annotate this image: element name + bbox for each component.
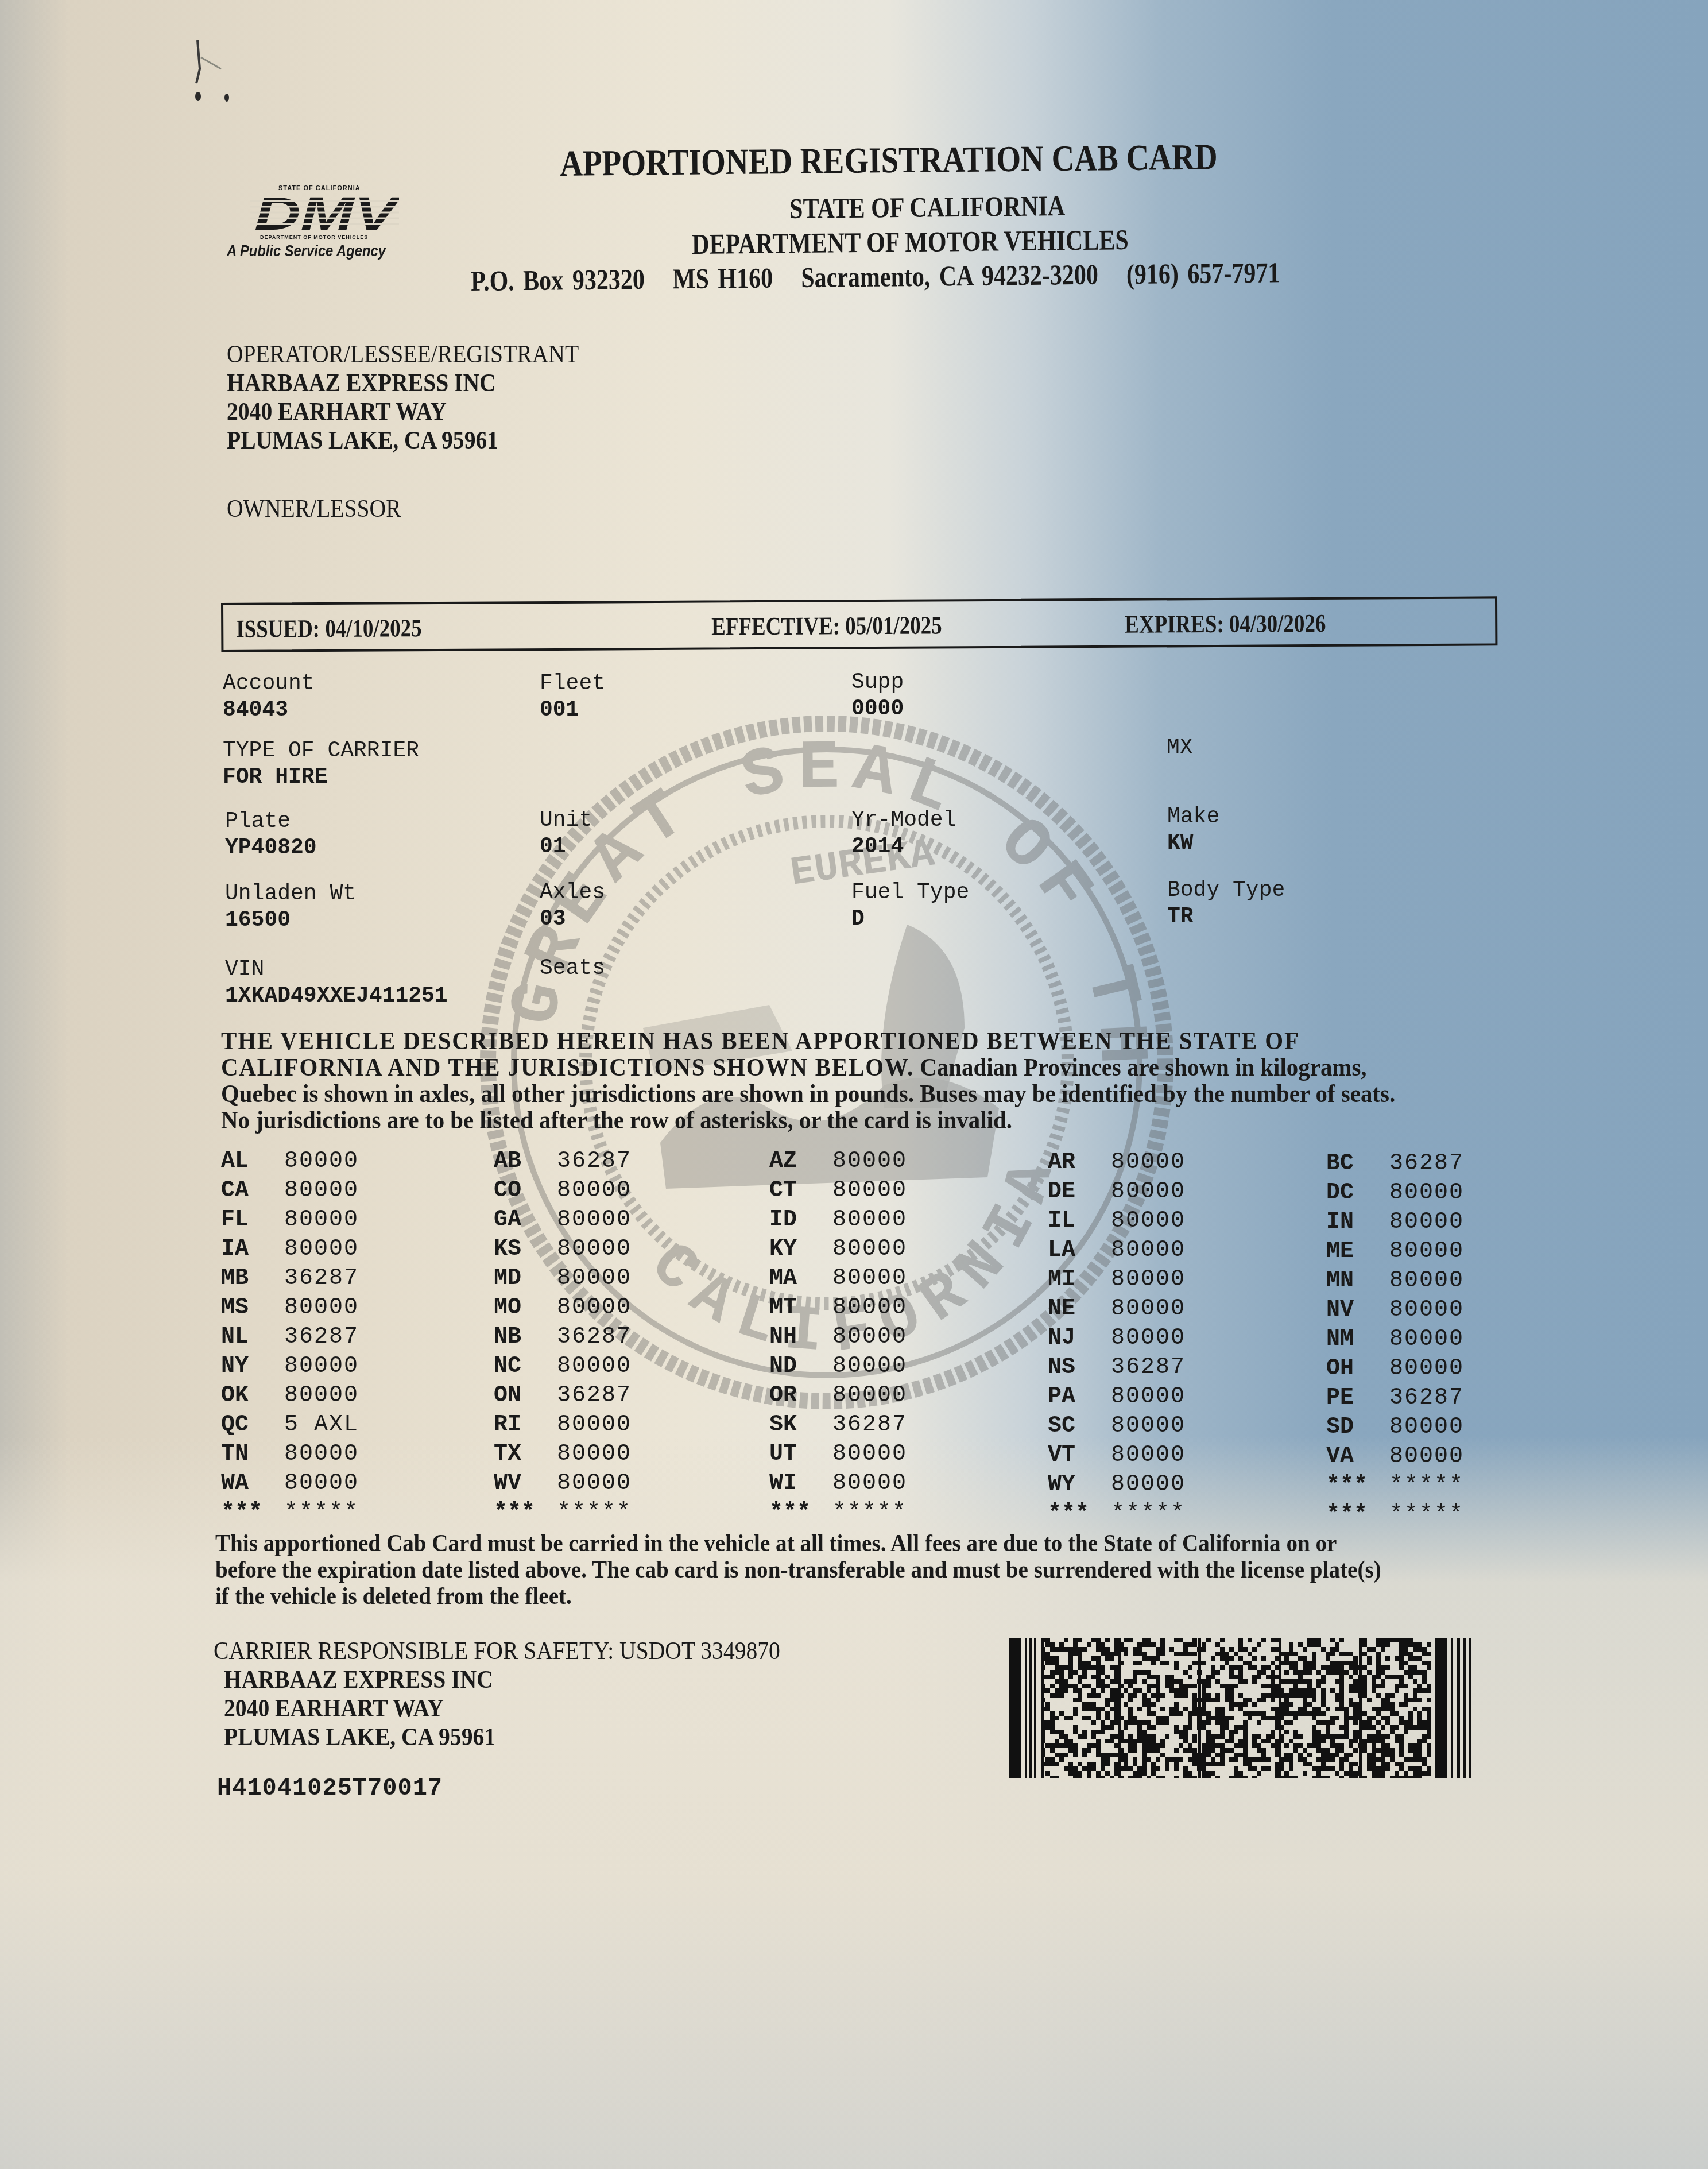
owner-lessor-label: OWNER/LESSOR — [227, 494, 401, 523]
state-name: STATE OF CALIFORNIA — [789, 189, 1065, 225]
jurisdiction-weight: ***** — [1111, 1501, 1186, 1527]
field-unit: Unit01 — [540, 807, 592, 860]
jurisdiction-code: WI — [769, 1471, 832, 1497]
registrant-block: OPERATOR/LESSEE/REGISTRANT HARBAAZ EXPRE… — [227, 340, 579, 455]
jurisdiction-row: ******** — [769, 1500, 1010, 1529]
field-make: MakeKW — [1167, 804, 1219, 857]
expires-date: EXPIRES: 04/30/2026 — [1125, 609, 1326, 639]
jurisdiction-weight: 80000 — [284, 1441, 359, 1467]
department-name: DEPARTMENT OF MOTOR VEHICLES — [692, 223, 1129, 261]
jurisdiction-weight: 80000 — [284, 1383, 359, 1409]
field-unladen-weight: Unladen Wt16500 — [225, 881, 356, 934]
jurisdiction-weight: 80000 — [832, 1236, 907, 1262]
jurisdiction-weight: 80000 — [1389, 1239, 1464, 1265]
jurisdiction-row: MS80000 — [221, 1295, 462, 1324]
jurisdiction-code: MA — [769, 1266, 832, 1292]
carrier-block: CARRIER RESPONSIBLE FOR SAFETY: USDOT 33… — [214, 1637, 780, 1752]
jurisdiction-weight: 80000 — [284, 1354, 359, 1379]
jurisdiction-weight: 80000 — [1111, 1472, 1186, 1498]
jurisdiction-weight: 80000 — [832, 1149, 907, 1174]
jurisdiction-weight: 80000 — [1111, 1325, 1186, 1351]
jurisdiction-row: OK80000 — [221, 1383, 462, 1412]
jurisdiction-code: PA — [1048, 1384, 1111, 1410]
jurisdiction-weight: 36287 — [832, 1412, 907, 1438]
jurisdiction-weight: 80000 — [284, 1207, 359, 1233]
field-seats: Seats — [540, 956, 605, 982]
jurisdiction-row: NC80000 — [494, 1354, 735, 1383]
jurisdiction-row: DE80000 — [1048, 1179, 1289, 1208]
pdf417-barcode — [1009, 1638, 1482, 1778]
field-fleet: Fleet001 — [540, 671, 605, 724]
jurisdiction-code: BC — [1326, 1151, 1389, 1177]
jurisdiction-row: LA80000 — [1048, 1238, 1289, 1267]
field-mx: MX — [1167, 735, 1193, 761]
jurisdiction-weight: 80000 — [1389, 1180, 1464, 1206]
jurisdiction-row: AR80000 — [1048, 1150, 1289, 1179]
jurisdiction-row: RI80000 — [494, 1412, 735, 1441]
jurisdiction-row: NV80000 — [1326, 1297, 1567, 1327]
jurisdiction-code: UT — [769, 1441, 832, 1467]
jurisdiction-weight: 80000 — [557, 1207, 632, 1233]
registrant-street: 2040 EARHART WAY — [227, 397, 579, 426]
jurisdiction-weight: 80000 — [832, 1178, 907, 1204]
field-supp: Supp0000 — [851, 670, 904, 722]
jurisdiction-column: AR80000DE80000IL80000LA80000MI80000NE800… — [1048, 1150, 1289, 1530]
jurisdiction-code: ID — [769, 1207, 832, 1233]
logo-state-text: STATE OF CALIFORNIA — [278, 185, 361, 192]
jurisdiction-row: ******** — [1326, 1473, 1567, 1502]
jurisdiction-column: AB36287CO80000GA80000KS80000MD80000MO800… — [494, 1149, 735, 1529]
dmv-phone: (916) 657-7971 — [1126, 256, 1280, 290]
jurisdiction-row: VT80000 — [1048, 1443, 1289, 1472]
jurisdiction-weight: 80000 — [1111, 1208, 1186, 1234]
jurisdiction-row: ******** — [1048, 1501, 1289, 1530]
jurisdiction-code: KS — [494, 1236, 557, 1262]
jurisdiction-row: WV80000 — [494, 1471, 735, 1500]
jurisdiction-code: WY — [1048, 1472, 1111, 1498]
dmv-address-line: P.O. Box 932320 MS H160 Sacramento, CA 9… — [471, 256, 1299, 297]
cab-card-notice: This apportioned Cab Card must be carrie… — [215, 1530, 1385, 1610]
jurisdiction-row: MD80000 — [494, 1266, 735, 1295]
jurisdiction-weight: 80000 — [832, 1471, 907, 1497]
jurisdiction-row: MA80000 — [769, 1266, 1010, 1295]
jurisdiction-code: FL — [221, 1207, 284, 1233]
jurisdiction-weight: 36287 — [557, 1324, 632, 1350]
jurisdiction-weight: 80000 — [832, 1295, 907, 1321]
jurisdiction-weight: ***** — [1389, 1473, 1464, 1499]
jurisdiction-code: NJ — [1048, 1325, 1111, 1351]
effective-date: EFFECTIVE: 05/01/2025 — [711, 610, 942, 641]
jurisdiction-weight: 80000 — [557, 1441, 632, 1467]
jurisdiction-code: NY — [221, 1354, 284, 1379]
jurisdiction-code: MT — [769, 1295, 832, 1321]
date-box: ISSUED: 04/10/2025 EFFECTIVE: 05/01/2025… — [221, 596, 1497, 652]
jurisdiction-row: ME80000 — [1326, 1239, 1567, 1268]
jurisdiction-code: NL — [221, 1324, 284, 1350]
jurisdiction-row: BC36287 — [1326, 1151, 1567, 1180]
jurisdiction-row: SC80000 — [1048, 1413, 1289, 1443]
jurisdiction-weight: 36287 — [557, 1149, 632, 1174]
field-yr-model: Yr-Model2014 — [851, 807, 956, 860]
jurisdiction-weight: 80000 — [1111, 1443, 1186, 1468]
jurisdiction-code: MI — [1048, 1267, 1111, 1293]
jurisdiction-weight: 80000 — [557, 1236, 632, 1262]
carrier-city: PLUMAS LAKE, CA 95961 — [214, 1723, 780, 1752]
jurisdiction-weight: 80000 — [1111, 1267, 1186, 1293]
jurisdiction-weight: 80000 — [1111, 1384, 1186, 1410]
jurisdiction-row: SK36287 — [769, 1412, 1010, 1441]
jurisdiction-weight: 80000 — [284, 1149, 359, 1174]
jurisdiction-weight: 80000 — [1111, 1413, 1186, 1439]
jurisdiction-row: NH80000 — [769, 1324, 1010, 1354]
jurisdiction-code: OR — [769, 1383, 832, 1409]
jurisdiction-code: *** — [1048, 1501, 1111, 1527]
jurisdiction-row: AB36287 — [494, 1149, 735, 1178]
jurisdiction-code: SC — [1048, 1413, 1111, 1439]
jurisdiction-code: AZ — [769, 1149, 832, 1174]
jurisdiction-code: WV — [494, 1471, 557, 1497]
jurisdiction-code: OK — [221, 1383, 284, 1409]
jurisdiction-row: WI80000 — [769, 1471, 1010, 1500]
jurisdiction-weight: 80000 — [557, 1295, 632, 1321]
jurisdiction-row: TX80000 — [494, 1441, 735, 1471]
jurisdiction-weight: 80000 — [1111, 1238, 1186, 1263]
jurisdiction-code: ND — [769, 1354, 832, 1379]
jurisdiction-column: BC36287DC80000IN80000ME80000MN80000NV800… — [1326, 1151, 1567, 1532]
jurisdiction-weight: ***** — [557, 1500, 632, 1526]
jurisdiction-column: AZ80000CT80000ID80000KY80000MA80000MT800… — [769, 1149, 1010, 1529]
jurisdiction-row: ON36287 — [494, 1383, 735, 1412]
jurisdiction-code: ME — [1326, 1239, 1389, 1265]
jurisdiction-code: OH — [1326, 1356, 1389, 1382]
carrier-street: 2040 EARHART WAY — [214, 1694, 780, 1723]
po-box: P.O. Box 932320 — [471, 263, 645, 297]
field-axles: Axles03 — [540, 880, 605, 933]
jurisdiction-weight: 36287 — [1389, 1151, 1464, 1177]
jurisdiction-row: WA80000 — [221, 1471, 462, 1500]
jurisdiction-weight: 80000 — [1389, 1297, 1464, 1323]
jurisdiction-row: OH80000 — [1326, 1356, 1567, 1385]
jurisdiction-weight: ***** — [1389, 1502, 1464, 1528]
page-title: APPORTIONED REGISTRATION CAB CARD — [560, 136, 1218, 185]
jurisdiction-row: AZ80000 — [769, 1149, 1010, 1178]
field-fuel-type: Fuel TypeD — [851, 880, 969, 933]
jurisdiction-weight: 80000 — [832, 1266, 907, 1292]
jurisdiction-code: MD — [494, 1266, 557, 1292]
jurisdiction-code: VA — [1326, 1444, 1389, 1470]
jurisdiction-code: IA — [221, 1236, 284, 1262]
carrier-name: HARBAAZ EXPRESS INC — [214, 1665, 780, 1694]
jurisdiction-code: RI — [494, 1412, 557, 1438]
dmv-mark-icon: DMV — [250, 193, 399, 233]
jurisdiction-row: IN80000 — [1326, 1209, 1567, 1239]
jurisdiction-row: CT80000 — [769, 1178, 1010, 1207]
jurisdiction-code: MS — [221, 1295, 284, 1321]
jurisdiction-weight: 5 AXL — [284, 1412, 359, 1438]
jurisdiction-row: UT80000 — [769, 1441, 1010, 1471]
jurisdiction-weight: 80000 — [284, 1295, 359, 1321]
registrant-name: HARBAAZ EXPRESS INC — [227, 369, 579, 397]
jurisdiction-row: KY80000 — [769, 1236, 1010, 1266]
jurisdiction-weight: 80000 — [557, 1471, 632, 1497]
jurisdiction-code: MO — [494, 1295, 557, 1321]
jurisdiction-weight: 80000 — [1389, 1209, 1464, 1235]
jurisdiction-weight: 80000 — [284, 1471, 359, 1497]
apportionment-notice: THE VEHICLE DESCRIBED HEREIN HAS BEEN AP… — [221, 1028, 1407, 1134]
field-plate: PlateYP40820 — [225, 809, 317, 861]
dmv-city: Sacramento, CA 94232-3200 — [801, 258, 1098, 293]
jurisdiction-row: DC80000 — [1326, 1180, 1567, 1209]
jurisdiction-row: MB36287 — [221, 1266, 462, 1295]
jurisdiction-weight: ***** — [832, 1500, 907, 1526]
document-id: H41041025T70017 — [217, 1774, 443, 1802]
jurisdiction-weight: 36287 — [557, 1383, 632, 1409]
jurisdiction-weight: 80000 — [284, 1178, 359, 1204]
jurisdiction-code: MN — [1326, 1268, 1389, 1294]
jurisdiction-code: PE — [1326, 1385, 1389, 1411]
jurisdiction-code: IL — [1048, 1208, 1111, 1234]
jurisdiction-code: GA — [494, 1207, 557, 1233]
logo-department-text: DEPARTMENT OF MOTOR VEHICLES — [260, 234, 368, 240]
registrant-city: PLUMAS LAKE, CA 95961 — [227, 426, 579, 455]
jurisdiction-row: NB36287 — [494, 1324, 735, 1354]
jurisdiction-row: NL36287 — [221, 1324, 462, 1354]
jurisdiction-weight: 36287 — [284, 1324, 359, 1350]
jurisdiction-weight: 36287 — [284, 1266, 359, 1292]
jurisdiction-code: IN — [1326, 1209, 1389, 1235]
jurisdiction-code: AB — [494, 1149, 557, 1174]
issued-date: ISSUED: 04/10/2025 — [236, 613, 422, 644]
jurisdiction-code: KY — [769, 1236, 832, 1262]
jurisdiction-row: CA80000 — [221, 1178, 462, 1207]
jurisdiction-code: NB — [494, 1324, 557, 1350]
jurisdiction-row: NE80000 — [1048, 1296, 1289, 1325]
jurisdiction-row: KS80000 — [494, 1236, 735, 1266]
jurisdiction-weight: 80000 — [832, 1354, 907, 1379]
jurisdiction-code: *** — [1326, 1473, 1389, 1499]
jurisdiction-row: IL80000 — [1048, 1208, 1289, 1238]
jurisdiction-code: DE — [1048, 1179, 1111, 1205]
jurisdiction-row: ******** — [494, 1500, 735, 1529]
jurisdiction-row: VA80000 — [1326, 1444, 1567, 1473]
jurisdiction-code: NV — [1326, 1297, 1389, 1323]
jurisdiction-row: MO80000 — [494, 1295, 735, 1324]
jurisdiction-code: WA — [221, 1471, 284, 1497]
jurisdiction-weight: 80000 — [832, 1383, 907, 1409]
field-carrier-type: TYPE OF CARRIERFOR HIRE — [223, 738, 419, 791]
jurisdiction-code: TN — [221, 1441, 284, 1467]
paper-crease-mark — [189, 34, 281, 109]
jurisdiction-row: SD80000 — [1326, 1414, 1567, 1444]
jurisdiction-code: VT — [1048, 1443, 1111, 1468]
jurisdiction-weight: 80000 — [557, 1412, 632, 1438]
jurisdiction-weight: 36287 — [1111, 1355, 1186, 1381]
jurisdiction-code: AL — [221, 1149, 284, 1174]
jurisdiction-weight: ***** — [284, 1500, 359, 1526]
logo-tagline: A Public Service Agency — [227, 242, 386, 260]
jurisdiction-code: *** — [494, 1500, 557, 1526]
jurisdiction-row: OR80000 — [769, 1383, 1010, 1412]
carrier-safety-label: CARRIER RESPONSIBLE FOR SAFETY: USDOT 33… — [214, 1637, 780, 1665]
jurisdiction-weight: 80000 — [1389, 1356, 1464, 1382]
jurisdiction-row: NY80000 — [221, 1354, 462, 1383]
jurisdiction-weight: 80000 — [1111, 1179, 1186, 1205]
jurisdiction-code: CO — [494, 1178, 557, 1204]
jurisdiction-code: NM — [1326, 1327, 1389, 1352]
jurisdiction-row: NJ80000 — [1048, 1325, 1289, 1355]
jurisdiction-row: PA80000 — [1048, 1384, 1289, 1413]
jurisdiction-weight: 80000 — [1389, 1268, 1464, 1294]
jurisdiction-code: ON — [494, 1383, 557, 1409]
jurisdiction-row: AL80000 — [221, 1149, 462, 1178]
jurisdiction-column: AL80000CA80000FL80000IA80000MB36287MS800… — [221, 1149, 462, 1529]
jurisdiction-row: GA80000 — [494, 1207, 735, 1236]
jurisdiction-weight: 80000 — [832, 1207, 907, 1233]
jurisdiction-code: LA — [1048, 1238, 1111, 1263]
jurisdiction-weight: 80000 — [832, 1441, 907, 1467]
jurisdiction-code: MB — [221, 1266, 284, 1292]
jurisdiction-code: SD — [1326, 1414, 1389, 1440]
jurisdiction-code: NE — [1048, 1296, 1111, 1322]
jurisdiction-row: WY80000 — [1048, 1472, 1289, 1501]
jurisdiction-weight: 36287 — [1389, 1385, 1464, 1411]
jurisdiction-code: CA — [221, 1178, 284, 1204]
jurisdiction-weight: 80000 — [832, 1324, 907, 1350]
jurisdiction-weight: 80000 — [1111, 1150, 1186, 1176]
jurisdiction-code: NH — [769, 1324, 832, 1350]
jurisdiction-code: *** — [769, 1500, 832, 1526]
jurisdiction-weight: 80000 — [557, 1178, 632, 1204]
jurisdiction-row: ******** — [1326, 1502, 1567, 1532]
jurisdiction-row: MI80000 — [1048, 1267, 1289, 1296]
jurisdiction-row: MN80000 — [1326, 1268, 1567, 1297]
jurisdiction-code: TX — [494, 1441, 557, 1467]
jurisdiction-weight: 80000 — [557, 1266, 632, 1292]
jurisdiction-row: MT80000 — [769, 1295, 1010, 1324]
mail-stop: MS H160 — [673, 262, 773, 295]
jurisdiction-weight: 80000 — [1389, 1444, 1464, 1470]
jurisdiction-row: TN80000 — [221, 1441, 462, 1471]
jurisdiction-code: *** — [221, 1500, 284, 1526]
field-body-type: Body TypeTR — [1167, 877, 1285, 930]
jurisdiction-row: IA80000 — [221, 1236, 462, 1266]
jurisdiction-weight: 80000 — [557, 1354, 632, 1379]
jurisdiction-code: SK — [769, 1412, 832, 1438]
jurisdiction-row: CO80000 — [494, 1178, 735, 1207]
jurisdiction-row: NM80000 — [1326, 1327, 1567, 1356]
registrant-label: OPERATOR/LESSEE/REGISTRANT — [227, 340, 579, 369]
jurisdiction-weight: 80000 — [1389, 1327, 1464, 1352]
jurisdiction-row: QC5 AXL — [221, 1412, 462, 1441]
jurisdiction-code: NS — [1048, 1355, 1111, 1381]
jurisdiction-row: ND80000 — [769, 1354, 1010, 1383]
jurisdiction-row: ID80000 — [769, 1207, 1010, 1236]
jurisdiction-code: CT — [769, 1178, 832, 1204]
jurisdiction-row: PE36287 — [1326, 1385, 1567, 1414]
jurisdiction-weight: 80000 — [1389, 1414, 1464, 1440]
jurisdiction-code: *** — [1326, 1502, 1389, 1528]
jurisdiction-code: NC — [494, 1354, 557, 1379]
jurisdiction-weight: 80000 — [1111, 1296, 1186, 1322]
jurisdiction-row: FL80000 — [221, 1207, 462, 1236]
field-account: Account84043 — [223, 671, 315, 724]
jurisdiction-row: NS36287 — [1048, 1355, 1289, 1384]
jurisdiction-row: ******** — [221, 1500, 462, 1529]
dmv-logo: STATE OF CALIFORNIA DMV DEPARTMENT OF MO… — [227, 185, 416, 265]
field-vin: VIN1XKAD49XXEJ411251 — [225, 957, 448, 1010]
jurisdiction-code: AR — [1048, 1150, 1111, 1176]
jurisdiction-weight: 80000 — [284, 1236, 359, 1262]
jurisdiction-code: DC — [1326, 1180, 1389, 1206]
jurisdiction-code: QC — [221, 1412, 284, 1438]
